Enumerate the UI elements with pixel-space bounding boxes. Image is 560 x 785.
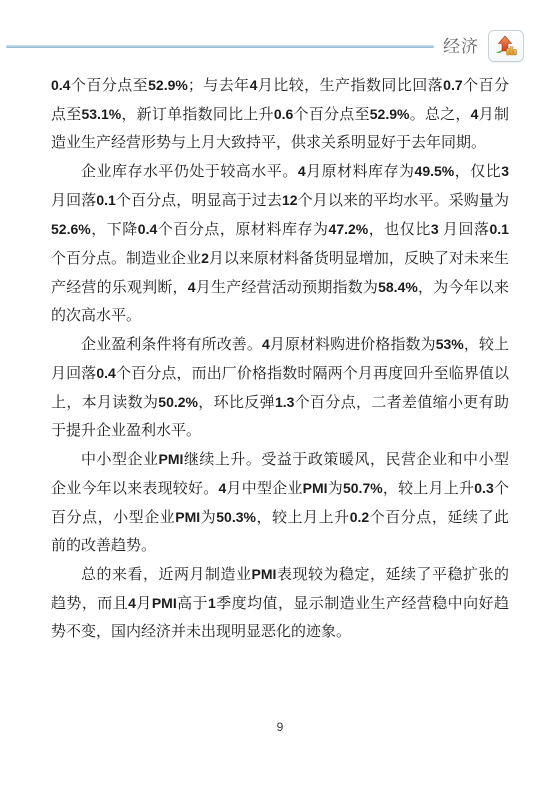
numeric-value: 58.4%	[378, 279, 418, 295]
numeric-value: 47.2%	[329, 221, 369, 237]
numeric-value: PMI	[152, 595, 177, 611]
paragraph-4: 中小型企业PMI继续上升。受益于政策暖风，民营企业和中小型企业今年以来表现较好。…	[51, 445, 509, 560]
numeric-value: 3	[431, 221, 439, 237]
numeric-value: PMI	[175, 509, 200, 525]
numeric-value: 1.3	[275, 394, 294, 410]
paragraph-3: 企业盈利条件将有所改善。4月原材料购进价格指数为53%，较上月回落0.4个百分点…	[51, 330, 509, 445]
numeric-value: 4	[188, 279, 196, 295]
header-rule-line	[6, 45, 434, 48]
numeric-value: 50.3%	[216, 509, 256, 525]
numeric-value: 0.7	[443, 77, 462, 93]
numeric-value: PMI	[303, 480, 328, 496]
page-number: 9	[0, 720, 560, 734]
numeric-value: 0.4	[51, 77, 70, 93]
paragraph-5: 总的来看，近两月制造业PMI表现较为稳定，延续了平稳扩张的趋势，而且4月PMI高…	[51, 560, 509, 646]
numeric-value: 53%	[436, 336, 464, 352]
paragraph-2: 企业库存水平仍处于较高水平。4月原材料库存为49.5%，仅比3月回落0.1个百分…	[51, 157, 509, 330]
numeric-value: 3	[501, 163, 509, 179]
numeric-value: 0.1	[96, 192, 115, 208]
numeric-value: 4	[262, 336, 270, 352]
section-label: 经济	[443, 38, 479, 55]
numeric-value: 53.1%	[81, 106, 121, 122]
numeric-value: 4	[298, 163, 306, 179]
numeric-value: 49.5%	[415, 163, 455, 179]
numeric-value: 4	[218, 480, 226, 496]
numeric-value: 4	[250, 77, 258, 93]
numeric-value: 52.6%	[51, 221, 91, 237]
numeric-value: 4	[471, 106, 479, 122]
numeric-value: 2	[201, 250, 209, 266]
numeric-value: 0.3	[474, 480, 493, 496]
page-header: 经济	[6, 29, 524, 63]
numeric-value: PMI	[159, 451, 184, 467]
numeric-value: 12	[282, 192, 298, 208]
numeric-value: 4	[128, 595, 136, 611]
numeric-value: 52.9%	[370, 106, 410, 122]
numeric-value: 0.1	[490, 221, 509, 237]
paragraph-1: 0.4个百分点至52.9%；与去年4月比较，生产指数同比回落0.7个百分点至53…	[51, 71, 509, 157]
numeric-value: 50.7%	[343, 480, 383, 496]
numeric-value: PMI	[252, 566, 277, 582]
numeric-value: 0.4	[96, 365, 115, 381]
numeric-value: 0.6	[274, 106, 293, 122]
numeric-value: 50.2%	[158, 394, 198, 410]
numeric-value: 52.9%	[148, 77, 188, 93]
numeric-value: 1	[208, 595, 216, 611]
numeric-value: 0.2	[350, 509, 369, 525]
trend-up-chart-icon	[488, 30, 524, 62]
document-body: 0.4个百分点至52.9%；与去年4月比较，生产指数同比回落0.7个百分点至53…	[51, 71, 509, 646]
numeric-value: 0.4	[138, 221, 157, 237]
